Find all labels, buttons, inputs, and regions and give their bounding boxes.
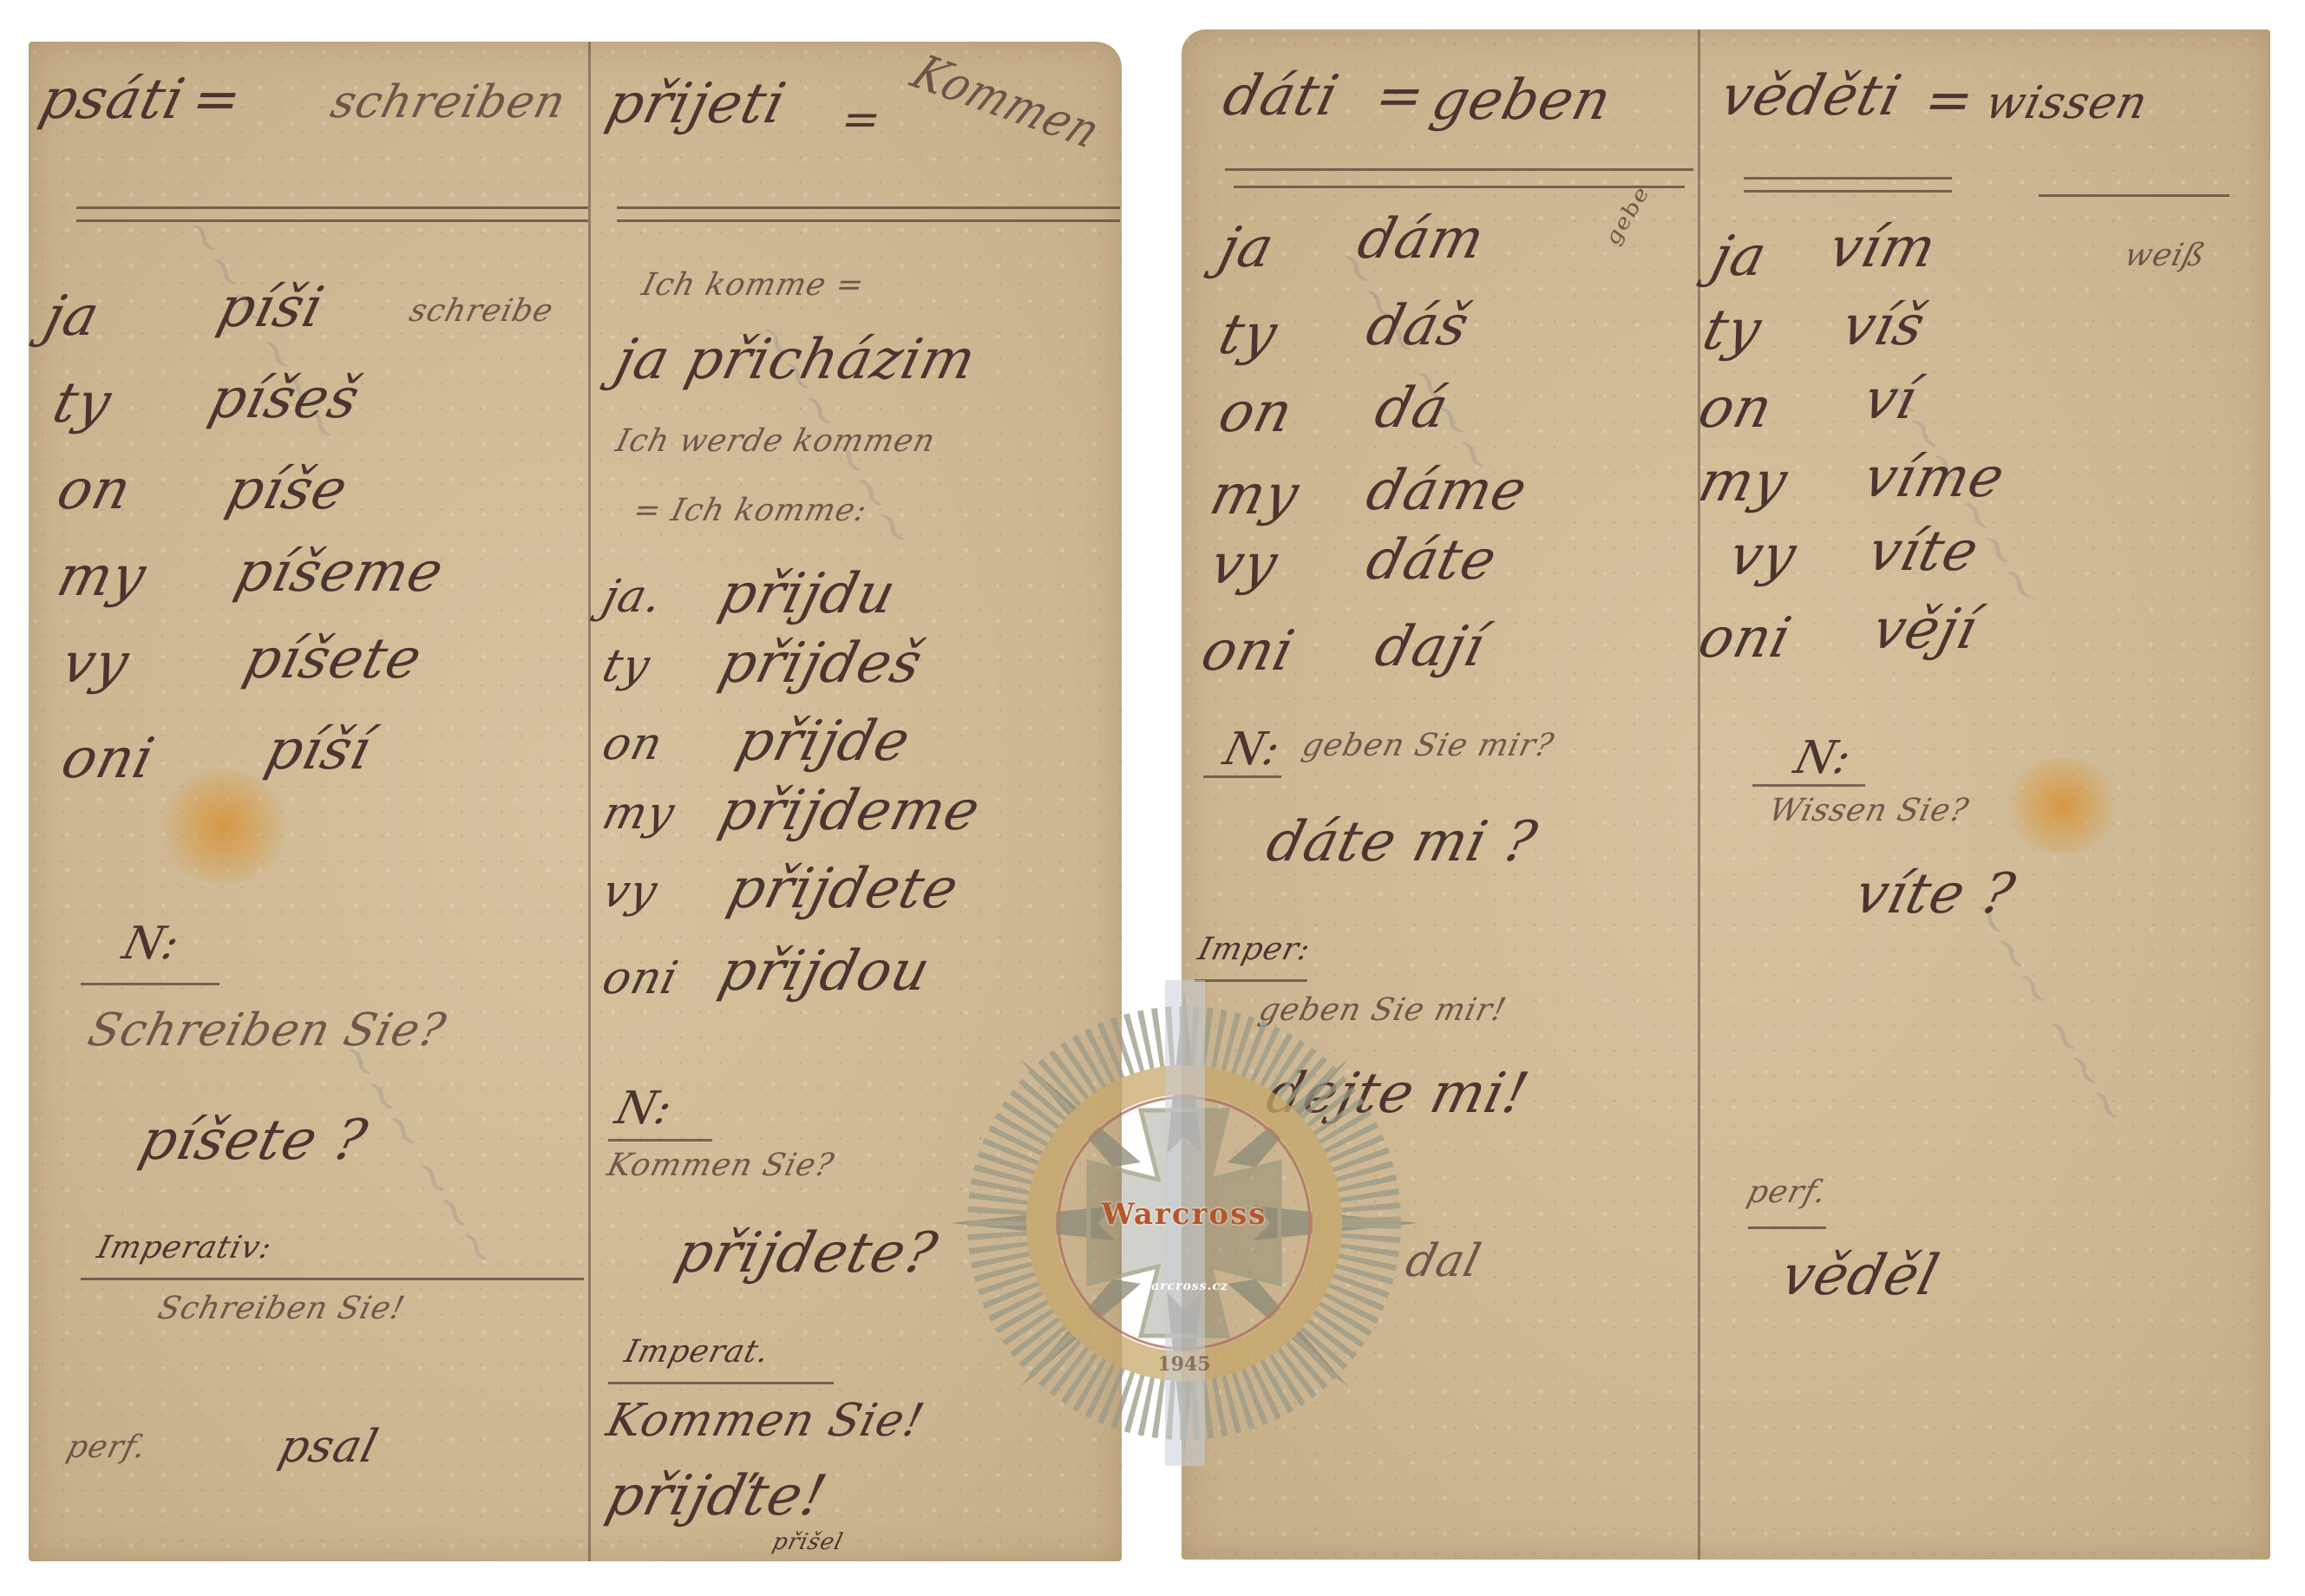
margin-note: schreibe — [406, 293, 557, 329]
pronoun: ja — [1706, 225, 1773, 289]
pronoun: my — [1204, 463, 1306, 527]
pronoun: ty — [47, 371, 118, 435]
label-underline — [1203, 775, 1281, 778]
verb-form: přijde — [730, 710, 917, 774]
question-czech: píšete ? — [134, 1109, 374, 1173]
pronoun: my — [51, 545, 153, 609]
intro-czech: ja přicházim — [609, 328, 983, 392]
verb-form: přijdeš — [713, 631, 929, 696]
imperative-german: Schreiben Sie! — [154, 1291, 409, 1326]
header-underline — [76, 206, 588, 209]
header-underline — [1744, 190, 1952, 193]
perfect-label: perf. — [1744, 1174, 1830, 1210]
equals-sign: = — [1369, 64, 1432, 128]
label-underline — [1748, 1226, 1826, 1229]
german-translation: Kommen — [902, 46, 1110, 159]
intro-german: Ich komme = — [638, 267, 868, 303]
verb-form: dají — [1369, 615, 1492, 679]
watermark-year: 1945 — [941, 1353, 1427, 1376]
question-german: Kommen Sie? — [604, 1148, 838, 1183]
equals-sign: = — [1918, 69, 1981, 133]
verb-header: přijeti — [600, 72, 792, 136]
question-label: N: — [1790, 732, 1857, 784]
label-underline — [608, 1139, 712, 1141]
pronoun: on — [1693, 376, 1779, 441]
equals-sign: = — [836, 94, 888, 146]
pronoun: on — [51, 458, 138, 522]
watermark-url: warcross.cz — [941, 1279, 1427, 1293]
pronoun: oni — [1693, 606, 1798, 670]
header-underline — [76, 219, 588, 222]
header-underline — [617, 219, 1120, 222]
label-underline — [81, 983, 219, 985]
verb-header: dáti — [1217, 64, 1346, 128]
section-line — [81, 1278, 584, 1280]
watermark-emblem: Warcross warcross.cz 1945 — [941, 980, 1427, 1466]
question-czech: dáte mi ? — [1261, 810, 1543, 874]
column-vedeti: věděti = wissen weiß ja vím ty víš on ví… — [1700, 29, 2270, 1560]
intro-german: Ich werde kommen — [612, 423, 940, 459]
verb-form: víš — [1836, 294, 1932, 358]
verb-form: píšeme — [229, 540, 450, 605]
pronoun: ty — [1213, 303, 1284, 367]
pronoun: vy — [56, 631, 136, 696]
perfect-label: perf. — [63, 1429, 150, 1465]
question-label: N: — [611, 1083, 678, 1135]
verb-form: přijdou — [713, 939, 937, 1004]
question-czech: víte ? — [1849, 862, 2021, 926]
pronoun: on — [1213, 381, 1300, 445]
question-czech: přijdete? — [670, 1221, 944, 1285]
verb-form: přijdeme — [713, 779, 987, 843]
imperative-label: Imper: — [1195, 932, 1314, 967]
label-underline — [608, 1382, 834, 1384]
verb-form: vím — [1823, 216, 1943, 280]
verb-form: vějí — [1866, 598, 1985, 662]
margin-note: gebe — [1600, 184, 1656, 248]
question-german: Wissen Sie? — [1765, 793, 1973, 828]
verb-header: věděti — [1714, 64, 1909, 128]
imperative-label: Imperativ: — [94, 1230, 276, 1266]
perfect-form: psal — [274, 1421, 384, 1473]
pronoun: my — [1693, 450, 1794, 514]
header-underline — [1234, 186, 1685, 188]
header-underline — [1744, 177, 1952, 180]
pronoun: oni — [598, 952, 684, 1004]
label-underline — [1752, 784, 1865, 787]
pronoun: vy — [1723, 524, 1804, 588]
verb-form: ví — [1857, 368, 1924, 432]
question-label: N: — [1219, 723, 1287, 775]
verb-form: píšeš — [203, 367, 366, 431]
equals-sign: = — [186, 68, 249, 132]
verb-form: dám — [1352, 207, 1491, 271]
question-german: Schreiben Sie? — [83, 1004, 451, 1056]
imperative-czech: přijďte! — [600, 1464, 834, 1528]
german-translation: schreiben — [326, 76, 572, 128]
verb-form: víte — [1862, 520, 1986, 584]
verb-form: dá — [1369, 376, 1456, 441]
verb-form: dáš — [1360, 294, 1476, 358]
german-translation: wissen — [1981, 77, 2154, 129]
perfect-form: věděl — [1775, 1244, 1946, 1308]
pronoun: ty — [598, 640, 656, 692]
header-underline — [2039, 194, 2230, 197]
question-german: geben Sie mir? — [1299, 728, 1558, 763]
verb-form: víme — [1857, 446, 2012, 510]
verb-header: psáti — [34, 68, 192, 132]
column-psati: psáti = schreiben schreibe ja píši ty pí… — [29, 42, 588, 1561]
verb-form: dáte — [1360, 528, 1503, 592]
verb-form: píšete — [238, 627, 429, 691]
pronoun: oni — [56, 727, 161, 791]
verb-form: píše — [220, 458, 355, 522]
question-label: N: — [118, 918, 186, 970]
imperative-label: Imperat. — [621, 1334, 774, 1370]
verb-form: píší — [259, 718, 378, 782]
verb-form: přijdu — [713, 562, 903, 626]
pronoun: oni — [1195, 619, 1301, 684]
verb-form: přijdete — [722, 857, 966, 921]
pronoun: ja — [38, 285, 106, 349]
pronoun: on — [598, 718, 669, 770]
pronoun: ja — [1213, 216, 1280, 280]
pronoun: ty — [1697, 298, 1768, 363]
imperative-german: Kommen Sie! — [602, 1395, 930, 1447]
pronoun: my — [598, 788, 681, 840]
intro-german: = Ich komme: — [630, 493, 871, 528]
verb-form: píši — [212, 276, 331, 340]
pronoun: ja. — [598, 571, 669, 623]
header-underline — [617, 206, 1120, 209]
header-underline — [1225, 168, 1693, 171]
margin-note: weiß — [2121, 238, 2210, 273]
german-translation: geben — [1425, 69, 1618, 133]
perfect-form: přišel — [769, 1529, 846, 1555]
verb-form: dáme — [1360, 459, 1534, 523]
pronoun: vy — [1204, 533, 1285, 597]
pronoun: vy — [598, 866, 664, 918]
watermark-brand: Warcross — [941, 1197, 1427, 1232]
